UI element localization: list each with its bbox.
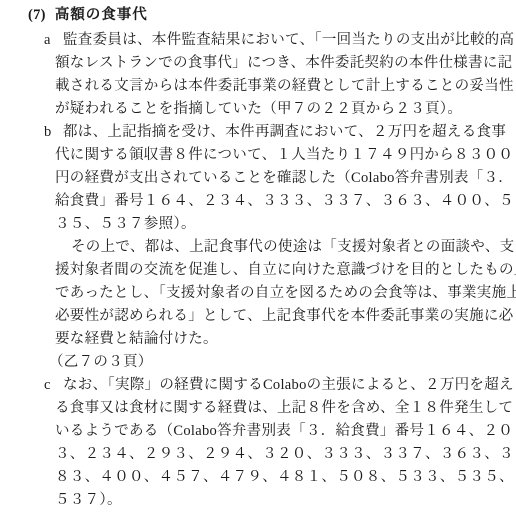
text-line: いるようである（Colabo答弁書別表「３．給食費」番号１６４、２０ xyxy=(55,420,516,443)
section-number: (7) xyxy=(28,4,46,27)
section-title: 高額の食事代 xyxy=(55,7,148,23)
item-marker-c: c xyxy=(44,374,63,397)
line-text: なお、「実際」の経費に関するColaboの主張によると、２万円を超え xyxy=(63,377,514,393)
text-line: 円の経費が支出されていることを確認した（Colabo答弁書別表「３． xyxy=(55,167,516,190)
text-line: が疑われることを指摘していた（甲７の２２頁から２３頁）。 xyxy=(55,98,516,121)
item-marker-a: a xyxy=(44,29,63,52)
text-line: ８３、４００、４５７、４７９、４８１、５０８、５３３、５３５、 xyxy=(55,466,516,489)
text-line: ３、２３４、２９３、２９４、３２０、３３３、３３７、３６３、３ xyxy=(55,443,516,466)
text-line: 必要性が認められる」として、上記食事代を本件委託事業の実施に必 xyxy=(55,305,516,328)
text-line: ５３７）。 xyxy=(55,489,516,512)
section-heading: (7)高額の食事代 xyxy=(28,4,516,27)
text-line: 額なレストランでの食事代」につき、本件委託契約の本件仕様書に記 xyxy=(55,52,516,75)
text-line: であったとし、「支援対象者の自立を図るための会食等は、事業実施上 xyxy=(55,282,516,305)
text-line: 載される文言からは本件委託事業の経費として計上することの妥当性 xyxy=(55,75,516,98)
item-a-first-line: a監査委員は、本件監査結果において、「一回当たりの支出が比較的高 xyxy=(44,29,516,52)
item-c-first-line: cなお、「実際」の経費に関するColaboの主張によると、２万円を超え xyxy=(44,374,516,397)
text-line: 要な経費と結論付けた。 xyxy=(55,328,516,351)
text-line: 給食費」番号１６４、２３４、３３３、３３７、３６３、４００、５ xyxy=(55,190,516,213)
line-text: 都は、上記指摘を受け、本件再調査において、２万円を超える食事 xyxy=(63,124,506,140)
text-line: 援対象者間の交流を促進し、自立に向けた意識づけを目的としたもの」 xyxy=(55,259,516,282)
item-b-first-line: b都は、上記指摘を受け、本件再調査において、２万円を超える食事 xyxy=(44,121,516,144)
text-line: 代に関する領収書８件について、１人当たり１７４９円から８３００ xyxy=(55,144,516,167)
line-text: 監査委員は、本件監査結果において、「一回当たりの支出が比較的高 xyxy=(63,32,514,48)
text-line: る食事又は食材に関する経費は、上記８件を含め、全１８件発生して xyxy=(55,397,516,420)
document-page: (7)高額の食事代 a監査委員は、本件監査結果において、「一回当たりの支出が比較… xyxy=(0,0,516,516)
item-marker-b: b xyxy=(44,121,63,144)
text-line: ３５、５３７参照）。 xyxy=(55,213,516,236)
paragraph-first-line: その上で、都は、上記食事代の使途は「支援対象者との面談や、支 xyxy=(71,236,516,259)
evidence-citation-line: （乙７の３頁） xyxy=(49,351,516,374)
